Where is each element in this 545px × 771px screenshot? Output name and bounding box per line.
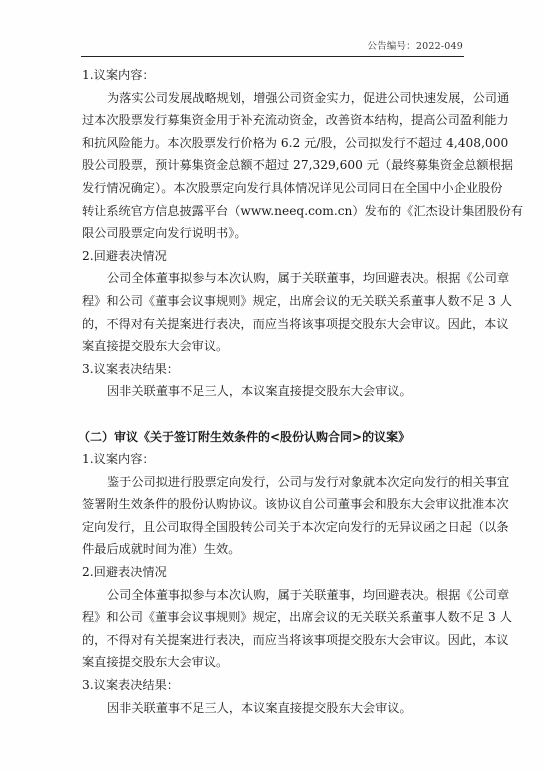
paragraph-line: 发行情况确定）。本次股票定向发行具体情况详见公司同日在全国中小企业股份	[82, 177, 464, 200]
paragraph-line: 的，不得对有关提案进行表决，而应当将该事项提交股东大会审议。因此，本议	[82, 313, 464, 336]
document-body: 1.议案内容： 为落实公司发展战略规划，增强公司资金实力，促进公司快速发展，公司…	[82, 64, 464, 719]
paragraph-line: 定向发行，且公司取得全国股转公司关于本次定向发行的无异议函之日起（以条	[82, 516, 464, 539]
item-label: 2.回避表决情况	[82, 561, 464, 584]
announcement-number: 公告编号：2022-049	[367, 38, 463, 52]
paragraph-line: 案直接提交股东大会审议。	[82, 335, 464, 358]
paragraph-line: 签署附生效条件的股份认购协议。该协议自公司董事会和股东大会审议批准本次	[82, 493, 464, 516]
item-label: 3.议案表决结果：	[82, 674, 464, 697]
paragraph-line: 程》和公司《董事会议事规则》规定，出席会议的无关联关系董事人数不足 3 人	[82, 606, 464, 629]
item-label: 1.议案内容：	[82, 64, 464, 87]
item-label: 3.议案表决结果：	[82, 358, 464, 381]
paragraph-line: 限公司股票定向发行说明书》。	[82, 222, 464, 245]
paragraph-line: 程》和公司《董事会议事规则》规定，出席会议的无关联关系董事人数不足 3 人	[82, 290, 464, 313]
section-title: （二）审议《关于签订附生效条件的<股份认购合同>的议案》	[78, 426, 464, 449]
paragraph-line: 为落实公司发展战略规划，增强公司资金实力，促进公司快速发展，公司通	[82, 87, 464, 110]
paragraph-line: 转让系统官方信息披露平台（www.neeq.com.cn）发布的《汇杰设计集团股…	[82, 200, 464, 223]
paragraph-line: 案直接提交股东大会审议。	[82, 651, 464, 674]
paragraph-line: 公司全体董事拟参与本次认购，属于关联董事，均回避表决。根据《公司章	[82, 267, 464, 290]
document-page: 公告编号：2022-049 1.议案内容： 为落实公司发展战略规划，增强公司资金…	[0, 0, 545, 771]
paragraph-line: 股公司股票，预计募集资金总额不超过 27,329,600 元（最终募集资金总额根…	[82, 154, 464, 177]
paragraph-line: 和抗风险能力。本次股票发行价格为 6.2 元/股，公司拟发行不超过 4,408,…	[82, 132, 464, 155]
item-label: 2.回避表决情况	[82, 245, 464, 268]
paragraph-line: 因非关联董事不足三人，本议案直接提交股东大会审议。	[82, 697, 464, 720]
blank-line	[82, 403, 464, 426]
header-divider	[81, 56, 464, 57]
paragraph-line: 公司全体董事拟参与本次认购，属于关联董事，均回避表决。根据《公司章	[82, 584, 464, 607]
paragraph-line: 过本次股票发行募集资金用于补充流动资金，改善资本结构，提高公司盈利能力	[82, 109, 464, 132]
paragraph-line: 因非关联董事不足三人，本议案直接提交股东大会审议。	[82, 380, 464, 403]
paragraph-line: 的，不得对有关提案进行表决，而应当将该事项提交股东大会审议。因此，本议	[82, 629, 464, 652]
paragraph-line: 件最后成就时间为准）生效。	[82, 538, 464, 561]
paragraph-line: 鉴于公司拟进行股票定向发行，公司与发行对象就本次定向发行的相关事宜	[82, 471, 464, 494]
item-label: 1.议案内容：	[82, 448, 464, 471]
